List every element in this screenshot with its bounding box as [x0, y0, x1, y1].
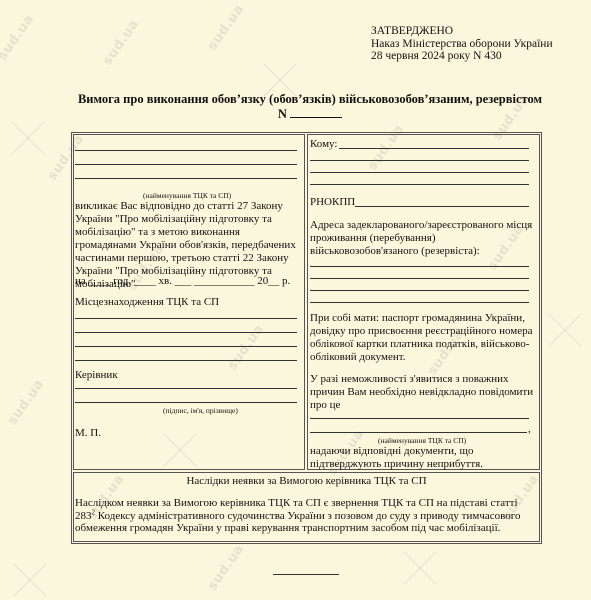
signature-caption: (підпис, ім'я, прізвище) — [163, 406, 238, 415]
comma: , — [528, 423, 531, 436]
approval-label: ЗАТВЕРДЖЕНО — [371, 25, 553, 38]
location-field-line-2[interactable] — [75, 332, 297, 333]
consequences-text-part2: Кодексу адміністративного судочинства Ук… — [75, 510, 521, 535]
rnokpp-field[interactable] — [355, 206, 529, 207]
rnokpp-label: РНОКПП — [310, 196, 355, 209]
location-field-line-3[interactable] — [75, 346, 297, 347]
recipient-field-line-1[interactable] — [339, 148, 529, 149]
approval-order: Наказ Міністерства оборони України — [371, 38, 553, 51]
tck-name-field-line-3[interactable] — [75, 178, 297, 179]
document-title: Вимога про виконання обов’язку (обов’язк… — [60, 92, 560, 121]
head-field-line-1[interactable] — [75, 388, 297, 389]
notify-tck-field-line-2[interactable] — [310, 432, 527, 433]
address-field-line-3[interactable] — [310, 290, 529, 291]
address-field-line-1[interactable] — [310, 266, 529, 267]
title-number: N — [60, 106, 560, 121]
documents-text: При собі мати: паспорт громадянина Украї… — [310, 312, 538, 364]
watermark: sud.ua — [5, 377, 47, 428]
location-field-line-1[interactable] — [75, 318, 297, 319]
address-field-line-4[interactable] — [310, 302, 529, 303]
recipient-field-line-3[interactable] — [310, 172, 529, 173]
number-prefix: N — [278, 107, 287, 121]
recipient-field-line-4[interactable] — [310, 184, 529, 185]
watermark-cross-icon — [545, 310, 585, 350]
address-field-line-2[interactable] — [310, 278, 529, 279]
watermark-cross-icon — [10, 560, 50, 600]
notify-text: У разі неможливості з'явитися з поважних… — [310, 373, 535, 412]
approval-date: 28 червня 2024 року N 430 — [371, 50, 553, 63]
number-field[interactable] — [290, 106, 342, 118]
approval-stamp: ЗАТВЕРДЖЕНО Наказ Міністерства оборони У… — [371, 25, 553, 63]
tck-name-field-line-2[interactable] — [75, 164, 297, 165]
appointment-date-line[interactable]: на ____ год. ____ хв. ___ ___________ 20… — [75, 275, 290, 288]
recipient-field-line-2[interactable] — [310, 160, 529, 161]
provide-docs-text: надаючи відповідні документи, що підтвер… — [310, 445, 535, 471]
stamp-label: М. П. — [75, 427, 101, 440]
head-field-line-2[interactable] — [75, 402, 297, 403]
watermark: sud.ua — [205, 2, 247, 53]
watermark-cross-icon — [400, 548, 440, 588]
watermark: sud.ua — [100, 17, 142, 68]
address-label: Адреса задекларованого/зареєстрованого м… — [310, 219, 535, 258]
notify-tck-caption: (найменування ТЦК та СП) — [378, 436, 466, 445]
consequences-text: Наслідком неявки за Вимогою керівника ТЦ… — [75, 497, 540, 535]
tck-name-caption: (найменування ТЦК та СП) — [143, 191, 231, 200]
title-text: Вимога про виконання обов’язку (обов’язк… — [60, 92, 560, 106]
watermark: sud.ua — [0, 12, 37, 63]
tck-name-field-line-1[interactable] — [75, 150, 297, 151]
notify-tck-field-line-1[interactable] — [310, 418, 529, 419]
consequences-heading: Наслідки неявки за Вимогою керівника ТЦК… — [73, 475, 540, 488]
recipient-label: Кому: — [310, 138, 337, 151]
location-field-line-4[interactable] — [75, 360, 297, 361]
location-label: Місцезнаходження ТЦК та СП — [75, 296, 219, 309]
head-label: Керівник — [75, 369, 118, 382]
watermark-cross-icon — [8, 118, 48, 158]
watermark: sud.ua — [205, 542, 247, 593]
footer-line — [273, 574, 339, 575]
